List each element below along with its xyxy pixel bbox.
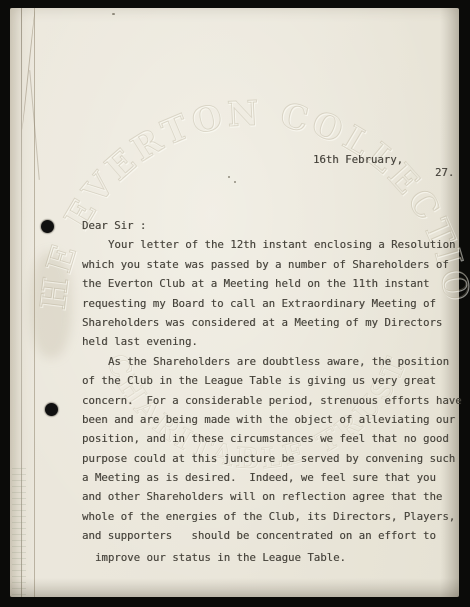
letter-line: and supporters should be concentrated on… bbox=[82, 526, 462, 545]
letter-line: position, and in these circumstances we … bbox=[82, 429, 462, 448]
letter-line: concern. For a considerable period, stre… bbox=[82, 391, 462, 410]
letter-line: improve our status in the League Table. bbox=[82, 548, 462, 567]
letter-line: held last evening. bbox=[82, 332, 462, 351]
letter-line: been and are being made with the object … bbox=[82, 410, 462, 429]
letter-line: the Everton Club at a Meeting held on th… bbox=[82, 274, 462, 293]
paper-stain bbox=[30, 252, 72, 358]
paper-speck bbox=[228, 176, 230, 178]
letter-line: Shareholders was considered at a Meeting… bbox=[82, 313, 462, 332]
letter-header: 16th February, 27. bbox=[0, 140, 470, 156]
letter-line: a Meeting as is desired. Indeed, we feel… bbox=[82, 468, 462, 487]
hole-punch-bottom bbox=[45, 403, 58, 416]
salutation: Dear Sir : bbox=[82, 216, 462, 235]
letter-line: purpose could at this juncture be served… bbox=[82, 449, 462, 468]
letter-line: which you state was passed by a number o… bbox=[82, 255, 462, 274]
letter-line: Your letter of the 12th instant enclosin… bbox=[82, 235, 462, 254]
page-shadow bbox=[10, 578, 459, 597]
letter-line: and other Shareholders will on reflectio… bbox=[82, 487, 462, 506]
letter-body: Dear Sir : Your letter of the 12th insta… bbox=[82, 216, 462, 567]
paper-speck bbox=[112, 13, 115, 15]
letter-date: 16th February, bbox=[313, 153, 403, 166]
page-number: 27. bbox=[435, 166, 454, 179]
hole-punch-top bbox=[41, 220, 54, 233]
letter-line: whole of the energies of the Club, its D… bbox=[82, 507, 462, 526]
letter-line: requesting my Board to call an Extraordi… bbox=[82, 294, 462, 313]
letter-line: of the Club in the League Table is givin… bbox=[82, 371, 462, 390]
letter-line: As the Shareholders are doubtless aware,… bbox=[82, 352, 462, 371]
paper-speck bbox=[234, 181, 236, 183]
